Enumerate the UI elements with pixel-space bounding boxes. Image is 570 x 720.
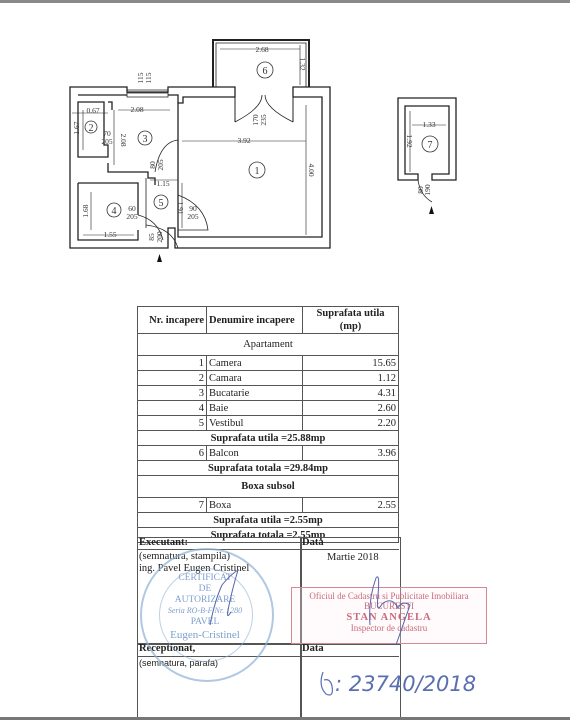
registration-number: : 23740/2018: [335, 672, 476, 696]
handwritten-signatures: [0, 0, 570, 720]
